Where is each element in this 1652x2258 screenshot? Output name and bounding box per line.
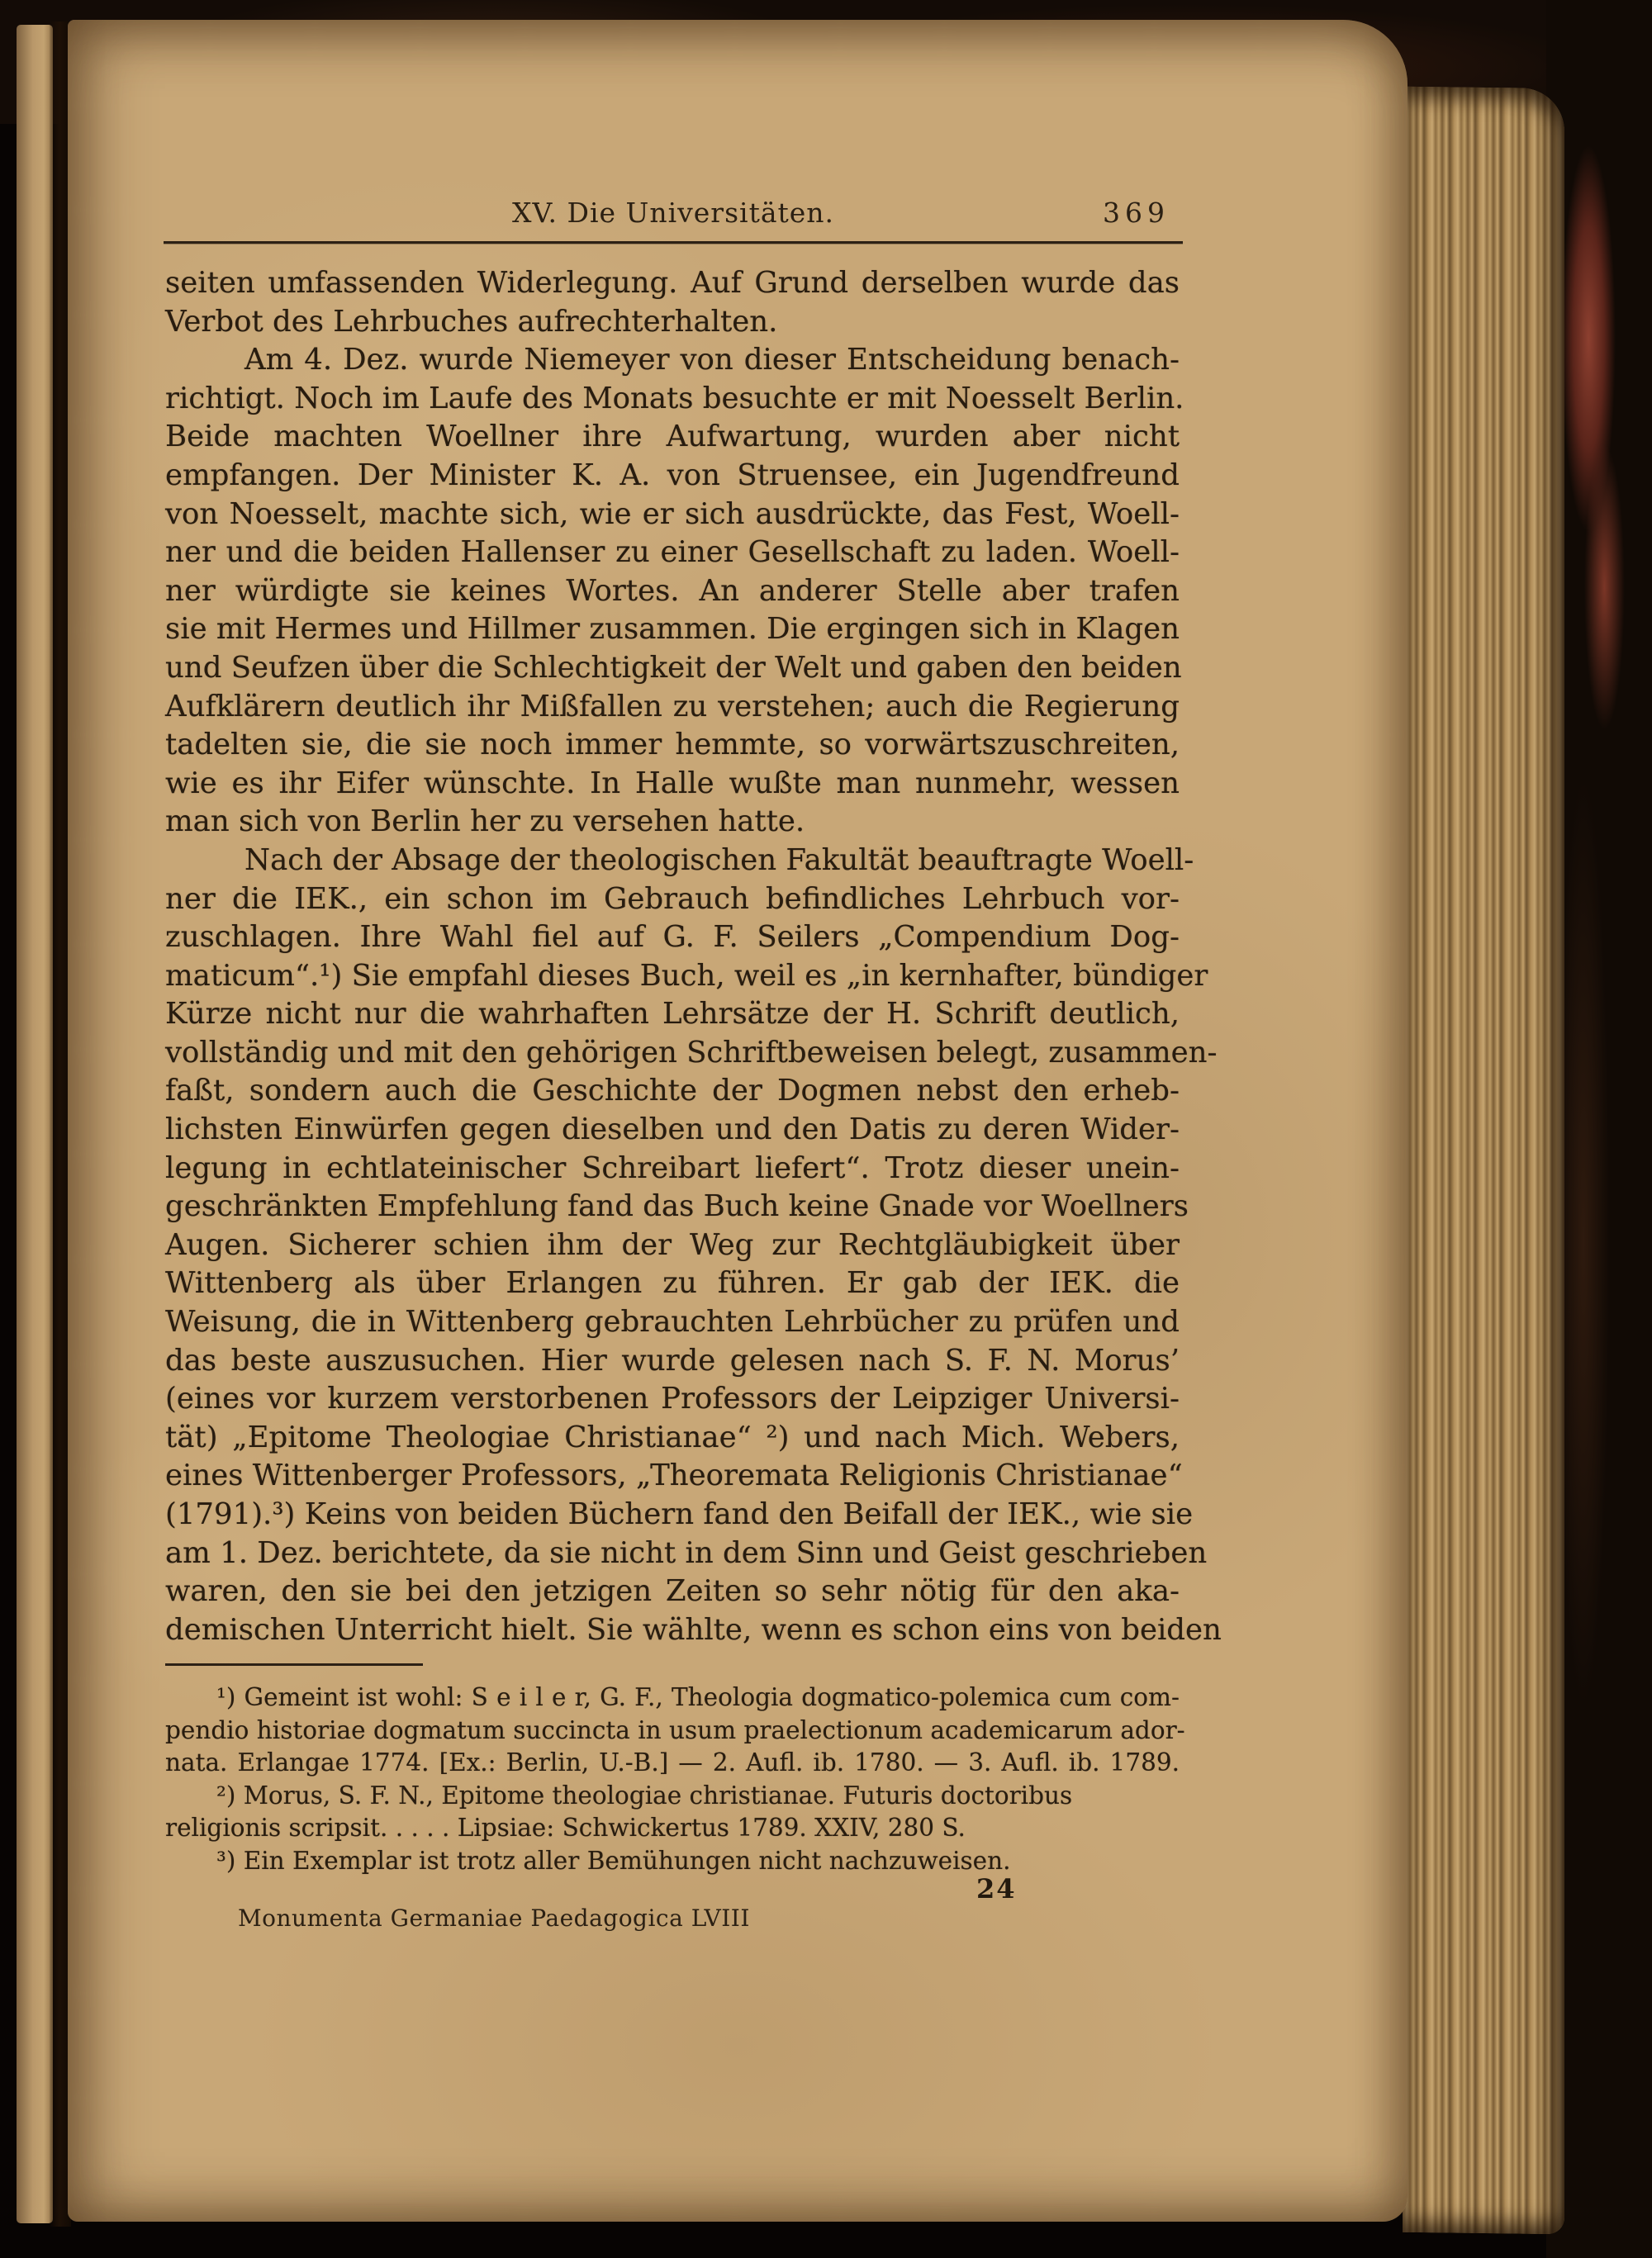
body-line: seiten umfassenden Widerlegung. Auf Grun… — [165, 264, 1180, 303]
page-number: 369 — [1103, 197, 1170, 229]
body-line: Beide machten Woellner ihre Aufwartung, … — [165, 418, 1180, 457]
body-line: ner würdigte sie keines Wortes. An ander… — [165, 572, 1180, 611]
body-line: das beste auszusuchen. Hier wurde gelese… — [165, 1342, 1180, 1381]
body-line: (eines vor kurzem verstorbenen Professor… — [165, 1380, 1180, 1419]
series-title: Monumenta Germaniae Paedagogica LVIII — [238, 1905, 750, 1932]
chapter-title: XV. Die Universitäten. — [165, 197, 1181, 229]
body-line: (1791).³) Keins von beiden Büchern fand … — [165, 1496, 1180, 1535]
body-line: wie es ihr Eifer wünschte. In Halle wußt… — [165, 765, 1180, 804]
footnote-line: ¹) Gemeint ist wohl: S e i l e r, G. F.,… — [165, 1682, 1180, 1715]
running-header: XV. Die Universitäten. 369 — [165, 197, 1181, 233]
body-line: tät) „Epitome Theologiae Christianae“ ²)… — [165, 1419, 1180, 1458]
body-line: Wittenberg als über Erlangen zu führen. … — [165, 1264, 1180, 1303]
body-line: ner und die beiden Hallenser zu einer Ge… — [165, 534, 1180, 572]
body-line: Aufklärern deutlich ihr Mißfallen zu ver… — [165, 688, 1180, 727]
body-line: demischen Unterricht hielt. Sie wählte, … — [165, 1611, 1180, 1650]
footnote-line: religionis scripsit. . . . . Lipsiae: Sc… — [165, 1812, 1180, 1845]
body-line: sie mit Hermes und Hillmer zusammen. Die… — [165, 610, 1180, 649]
body-line: Weisung, die in Wittenberg gebrauchten L… — [165, 1303, 1180, 1342]
book-page: XV. Die Universitäten. 369 seiten umfass… — [68, 20, 1408, 2222]
body-line: und Seufzen über die Schlechtigkeit der … — [165, 649, 1180, 688]
body-line: legung in echtlateinischer Schreibart li… — [165, 1150, 1180, 1188]
footnotes: ¹) Gemeint ist wohl: S e i l e r, G. F.,… — [165, 1682, 1180, 1878]
body-line: zuschlagen. Ihre Wahl fiel auf G. F. Sei… — [165, 918, 1180, 957]
body-line: richtigt. Noch im Laufe des Monats besuc… — [165, 380, 1180, 419]
body-line: maticum“.¹) Sie empfahl dieses Buch, wei… — [165, 957, 1180, 996]
body-line: Kürze nicht nur die wahrhaften Lehrsätze… — [165, 995, 1180, 1034]
body-line: Nach der Absage der theologischen Fakult… — [165, 842, 1180, 880]
body-text: seiten umfassenden Widerlegung. Auf Grun… — [165, 264, 1180, 1649]
body-line: ner die IEK., ein schon im Gebrauch befi… — [165, 880, 1180, 919]
body-line: faßt, sondern auch die Geschichte der Do… — [165, 1072, 1180, 1111]
body-line: vollständig und mit den gehörigen Schrif… — [165, 1034, 1180, 1073]
body-line: geschränkten Empfehlung fand das Buch ke… — [165, 1188, 1180, 1226]
body-line: man sich von Berlin her zu versehen hatt… — [165, 803, 1180, 842]
body-line: Verbot des Lehrbuches aufrechterhalten. — [165, 303, 1180, 342]
footnote-line: nata. Erlangae 1774. [Ex.: Berlin, U.-B.… — [165, 1747, 1180, 1780]
body-line: empfangen. Der Minister K. A. von Struen… — [165, 457, 1180, 496]
footnote-line: ²) Morus, S. F. N., Epitome theologiae c… — [165, 1780, 1180, 1813]
footnote-line: pendio historiae dogmatum succincta in u… — [165, 1715, 1180, 1748]
body-line: waren, den sie bei den jetzigen Zeiten s… — [165, 1573, 1180, 1611]
footnote-separator — [165, 1663, 423, 1666]
body-line: eines Wittenberger Professors, „Theorema… — [165, 1457, 1180, 1496]
body-line: tadelten sie, die sie noch immer hemmte,… — [165, 726, 1180, 765]
body-line: am 1. Dez. berichtete, da sie nicht in d… — [165, 1535, 1180, 1573]
page-fore-edge-stack — [1403, 87, 1564, 2234]
body-line: Augen. Sicherer schien ihm der Weg zur R… — [165, 1226, 1180, 1265]
header-rule — [164, 241, 1183, 244]
body-line: Am 4. Dez. wurde Niemeyer von dieser Ent… — [165, 341, 1180, 380]
body-line: lichsten Einwürfen gegen dieselben und d… — [165, 1111, 1180, 1150]
sheet-signature: 24 — [976, 1873, 1075, 1905]
facing-page-edge — [17, 25, 53, 2223]
body-line: von Noesselt, machte sich, wie er sich a… — [165, 496, 1180, 534]
